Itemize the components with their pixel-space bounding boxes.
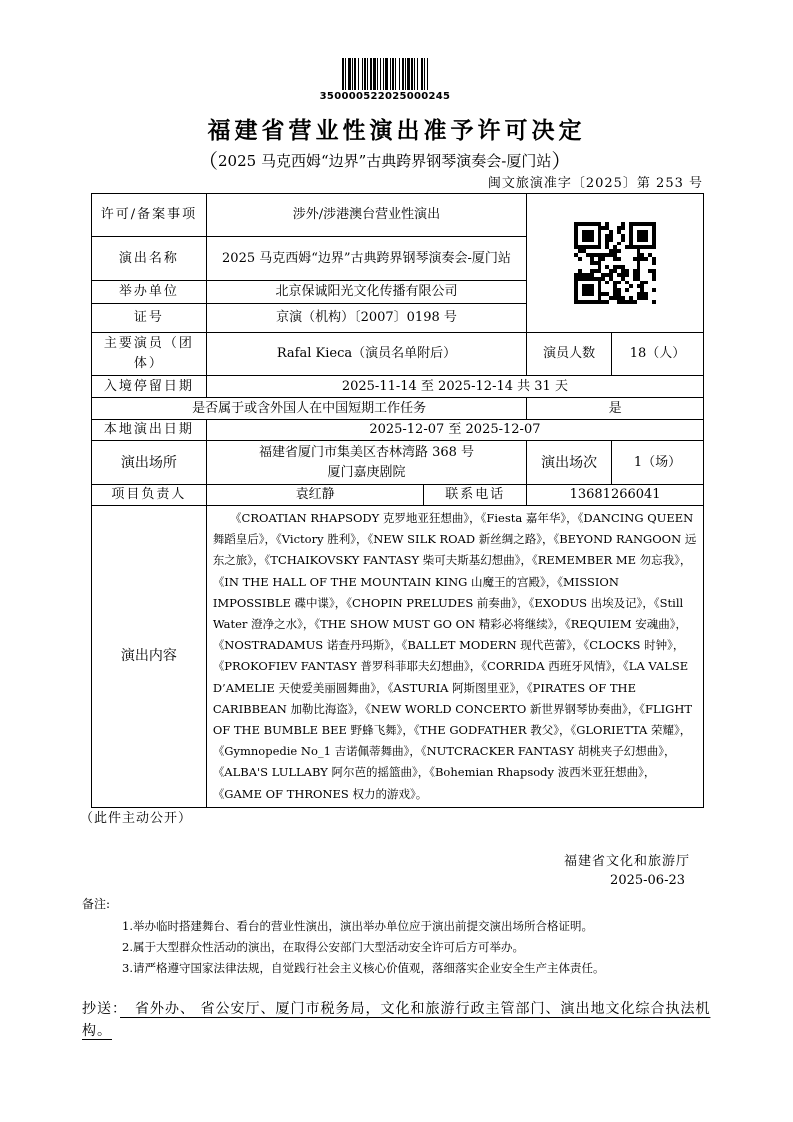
license-label: 证号 [92, 304, 207, 333]
subtitle-open-paren: （ [198, 149, 218, 173]
document-number: 闽文旅演准字〔2025〕第 253 号 [488, 172, 703, 191]
issuer: 福建省文化和旅游厅 [564, 850, 690, 869]
performer-label: 主要演员（团体） [92, 333, 207, 376]
document-subtitle: （2025 马克西姆“边界”古典跨界钢琴演奏会-厦门站） [198, 145, 571, 174]
shows-value: 1（场） [612, 441, 704, 485]
cc-value: 省外办、 省公安厅、厦门市税务局，文化和旅游行政主管部门、演出地文化综合执法机构… [82, 1001, 710, 1039]
venue-label: 演出场所 [92, 441, 207, 485]
organizer-value: 北京保诚阳光文化传播有限公司 [206, 281, 526, 304]
stay-value: 2025-11-14 至 2025-12-14 共 31 天 [206, 376, 703, 398]
qr-code-cell [527, 194, 704, 333]
content-label: 演出内容 [92, 506, 207, 808]
venue-address: 福建省厦门市集美区杏林湾路 368 号 [211, 443, 522, 463]
subtitle-close-paren: ） [551, 149, 571, 173]
venue-name: 厦门嘉庚剧院 [211, 463, 522, 483]
short-work-label: 是否属于或含外国人在中国短期工作任务 [92, 398, 527, 420]
show-name-label: 演出名称 [92, 237, 207, 281]
permit-table: 许可/备案事项 涉外/涉港澳台营业性演出 演出名称 2025 马克西姆“边界”古… [91, 193, 704, 808]
license-value: 京演（机构）〔2007〕0198 号 [206, 304, 526, 333]
notes-list: 1.举办临时搭建舞台、看台的营业性演出，演出举办单位应于演出前提交演出场所合格证… [122, 916, 604, 979]
shows-label: 演出场次 [527, 441, 612, 485]
short-work-value: 是 [527, 398, 704, 420]
permit-item-label: 许可/备案事项 [92, 194, 207, 237]
barcode: 350000522025000245 [305, 58, 465, 102]
cc-label: 抄送： [82, 1001, 120, 1017]
barcode-number: 350000522025000245 [305, 91, 465, 102]
stay-label: 入境停留日期 [92, 376, 207, 398]
publish-note: （此件主动公开） [80, 807, 192, 826]
subtitle-text: 2025 马克西姆“边界”古典跨界钢琴演奏会-厦门站 [218, 152, 551, 170]
performer-count-value: 18（人） [612, 333, 704, 376]
venue-value: 福建省厦门市集美区杏林湾路 368 号 厦门嘉庚剧院 [206, 441, 526, 485]
phone-label: 联系电话 [424, 485, 527, 506]
local-date-label: 本地演出日期 [92, 420, 207, 441]
cc-list: 抄送： 省外办、 省公安厅、厦门市税务局，文化和旅游行政主管部门、演出地文化综合… [82, 998, 716, 1042]
note-item: 2.属于大型群众性活动的演出，在取得公安部门大型活动安全许可后方可举办。 [122, 937, 604, 958]
local-date-value: 2025-12-07 至 2025-12-07 [206, 420, 703, 441]
qr-code-icon [574, 222, 656, 304]
show-name-value: 2025 马克西姆“边界”古典跨界钢琴演奏会-厦门站 [206, 237, 526, 281]
manager-label: 项目负责人 [92, 485, 207, 506]
manager-value: 袁红静 [206, 485, 424, 506]
document-title: 福建省营业性演出准予许可决定 [0, 112, 793, 145]
issue-date: 2025-06-23 [610, 873, 685, 888]
permit-item-value: 涉外/涉港澳台营业性演出 [206, 194, 526, 237]
performer-count-label: 演员人数 [527, 333, 612, 376]
note-item: 1.举办临时搭建舞台、看台的营业性演出，演出举办单位应于演出前提交演出场所合格证… [122, 916, 604, 937]
performer-value: Rafal Kieca（演员名单附后） [206, 333, 526, 376]
notes-title: 备注: [82, 895, 110, 912]
phone-value: 13681266041 [527, 485, 704, 506]
note-item: 3.请严格遵守国家法律法规，自觉践行社会主义核心价值观，落细落实企业安全生产主体… [122, 958, 604, 979]
barcode-bars [305, 58, 465, 90]
content-value: 《CROATIAN RHAPSODY 克罗地亚狂想曲》，《Fiesta 嘉年华》… [206, 506, 703, 808]
organizer-label: 举办单位 [92, 281, 207, 304]
